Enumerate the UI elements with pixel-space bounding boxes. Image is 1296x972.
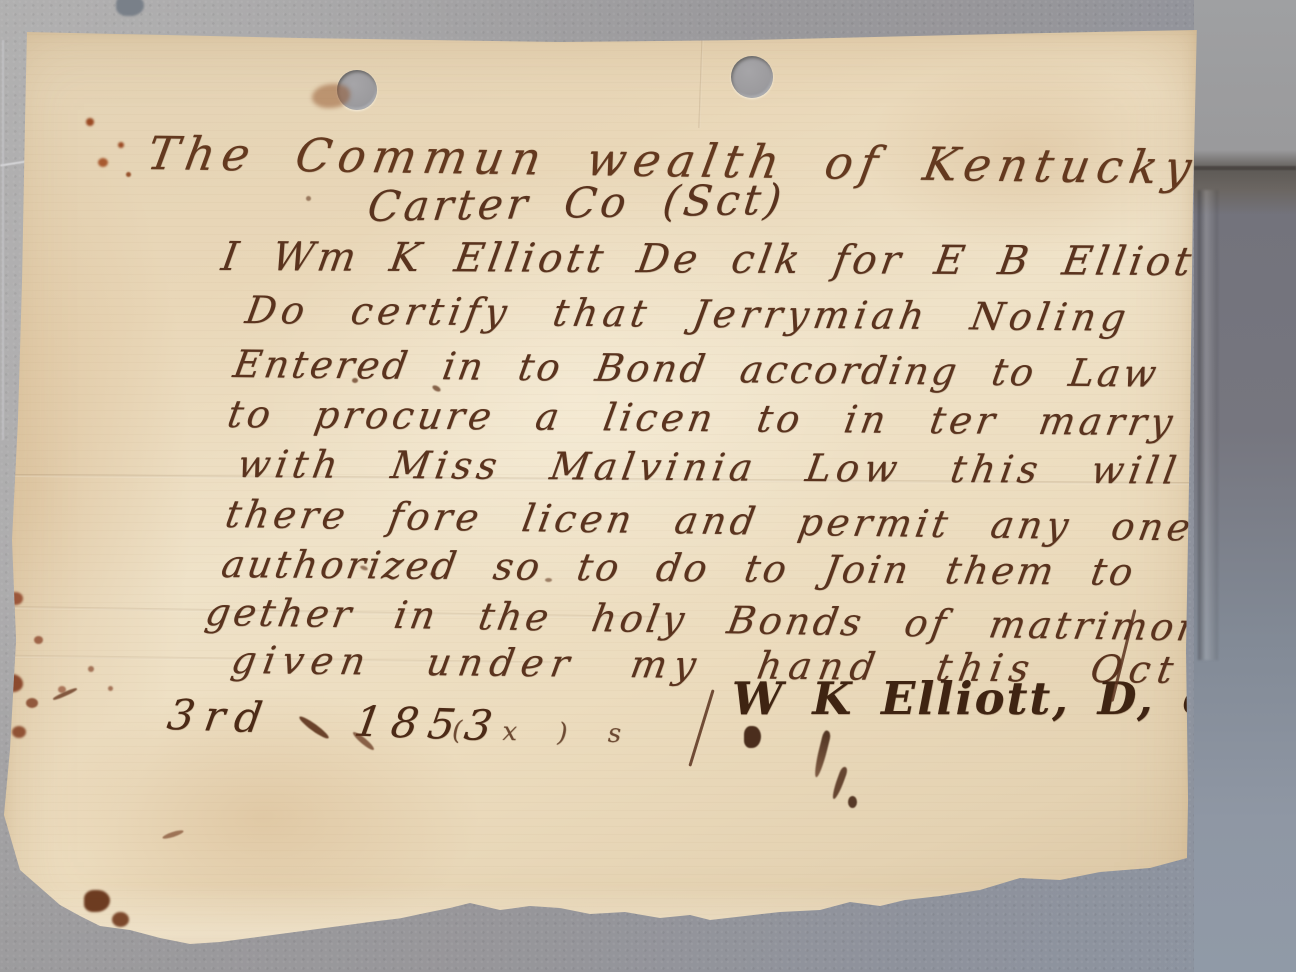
ink-speck <box>352 378 358 383</box>
handwritten-line-9: authorized so to do to Join them to <box>218 542 1139 594</box>
table-ridge <box>1198 190 1218 660</box>
stain <box>118 142 124 148</box>
stain <box>34 636 43 644</box>
ink-marks: ( x ) s <box>452 716 638 749</box>
punch-hole-right <box>731 56 773 98</box>
stain <box>86 118 94 126</box>
ink-speck <box>430 572 436 576</box>
stain <box>12 726 26 738</box>
ink-speck <box>306 196 311 201</box>
handwritten-line-4: Do certify that Jerrymiah Noling <box>242 288 1134 340</box>
ink-speck <box>545 578 552 582</box>
handwritten-line-3: I Wm K Elliott De clk for E B Elliott <box>218 234 1218 285</box>
signature-line: W K Elliott, D, clk <box>732 672 1264 725</box>
paper-document: The Commun wealth of Kentucky Carter Co … <box>0 26 1198 946</box>
ink-speck <box>848 796 857 808</box>
handwritten-line-6: to procure a licen to in ter marry <box>224 392 1179 444</box>
table-edge-line <box>2 40 4 440</box>
photo-of-document: The Commun wealth of Kentucky Carter Co … <box>0 0 1296 972</box>
stain <box>88 666 94 672</box>
table-seam <box>1194 166 1296 170</box>
handwritten-line-7: with Miss Malvinia Low this will <box>234 442 1184 493</box>
stain <box>126 172 131 177</box>
stain <box>112 912 129 927</box>
handwritten-line-2: Carter Co (Sct) <box>365 175 788 231</box>
stain <box>108 686 113 691</box>
stain <box>98 158 108 167</box>
stain <box>26 698 38 708</box>
